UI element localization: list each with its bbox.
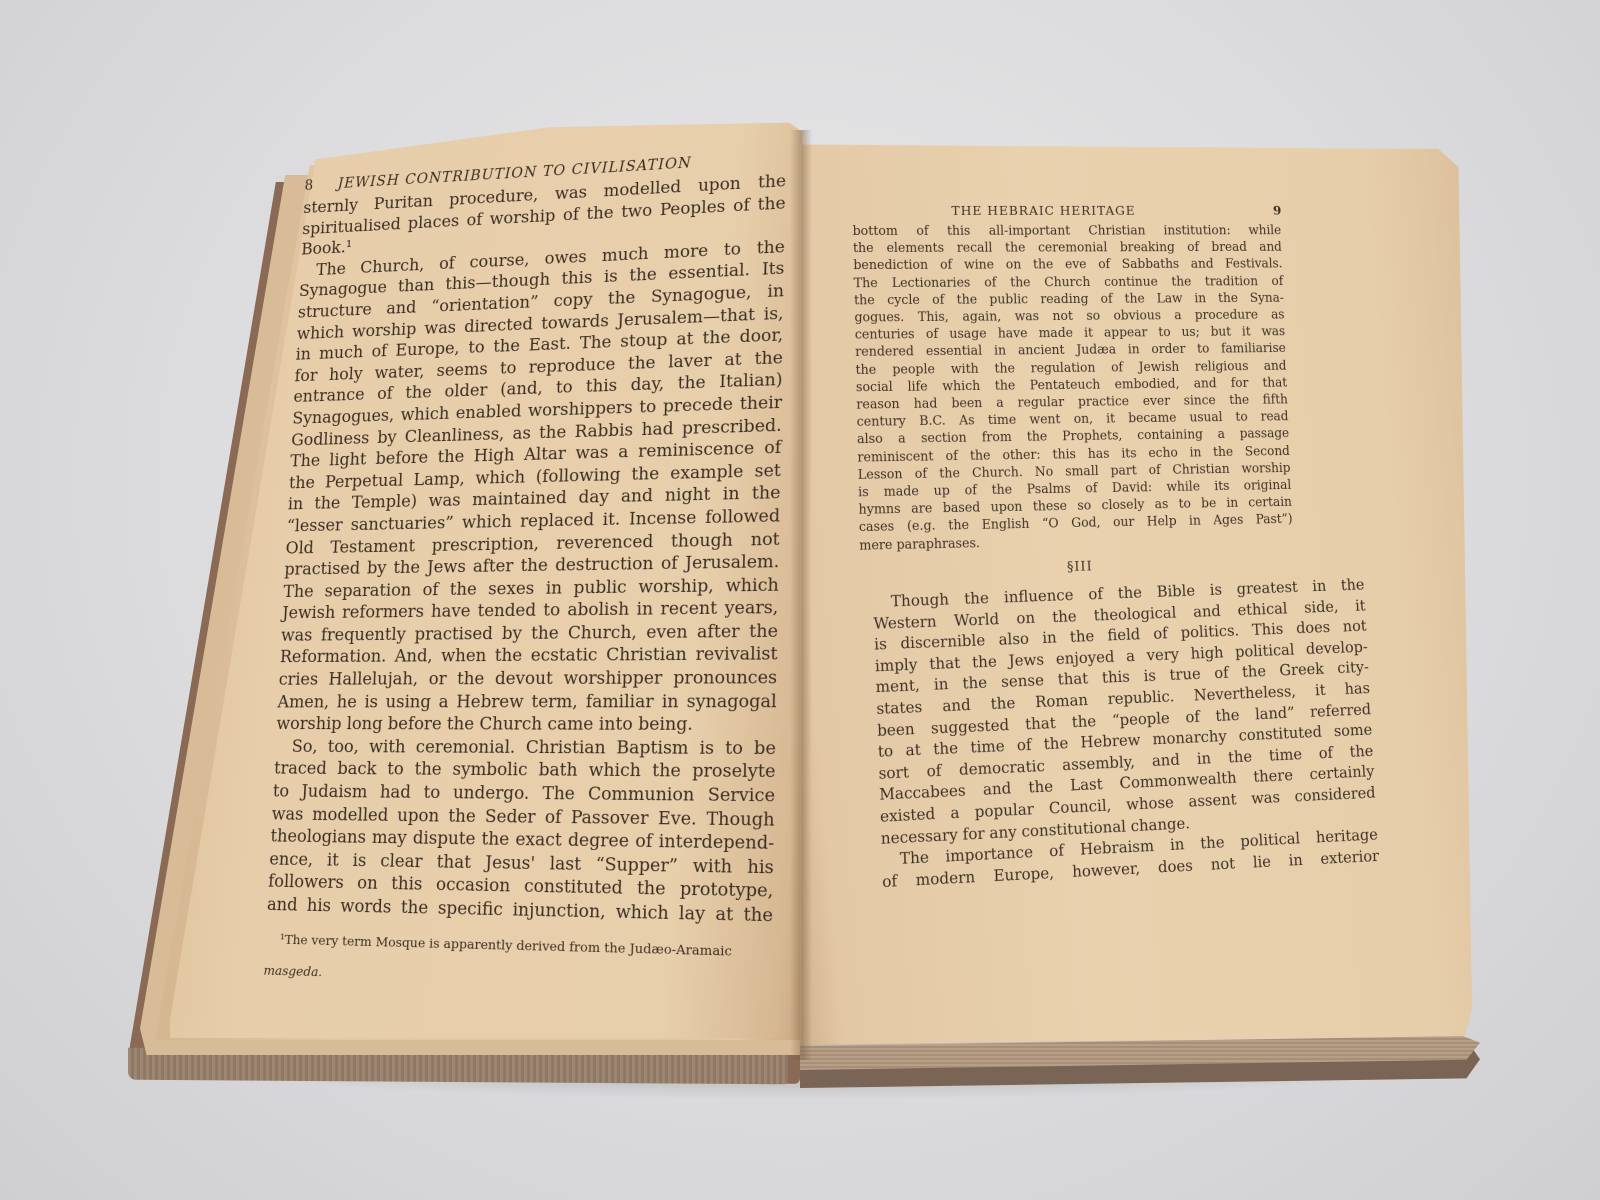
right-page-text: THE HEBRAIC HERITAGE 9 bottom of this al… bbox=[852, 200, 1307, 893]
text-line: The Lectionaries of the Church continue … bbox=[854, 272, 1284, 291]
paragraph-1: bottom of this all-important Christian i… bbox=[852, 221, 1293, 553]
book-gutter bbox=[790, 130, 812, 1060]
text-line: So, too, with ceremonial. Christian Bapt… bbox=[275, 735, 776, 760]
section-mark: §III bbox=[860, 555, 1295, 580]
paragraph-2: Though the influence of the Bible is gre… bbox=[872, 574, 1379, 892]
text-line: cries Hallelujah, or the devout worshipp… bbox=[278, 666, 777, 691]
right-running-head: THE HEBRAIC HERITAGE 9 bbox=[852, 200, 1281, 222]
left-page-number: 8 bbox=[304, 176, 333, 194]
footnote: ¹The very term Mosque is apparently deri… bbox=[265, 929, 773, 960]
right-page-number: 9 bbox=[1273, 203, 1283, 218]
text-line: Reformation. And, when the ecstatic Chri… bbox=[279, 643, 777, 669]
text-line: bottom of this all-important Christian i… bbox=[852, 221, 1281, 239]
left-page-text: 8 JEWISH CONTRIBUTION TO CIVILISATION st… bbox=[263, 149, 786, 994]
text-line: Amen, he is using a Hebrew term, familia… bbox=[277, 690, 777, 713]
text-line: benediction of wine on the eve of Sabbat… bbox=[853, 255, 1283, 274]
text-line: the elements recall the ceremonial break… bbox=[853, 238, 1282, 256]
right-running-title: THE HEBRAIC HERITAGE bbox=[951, 203, 1136, 218]
text-line: worship long before the Church came into… bbox=[276, 713, 777, 737]
